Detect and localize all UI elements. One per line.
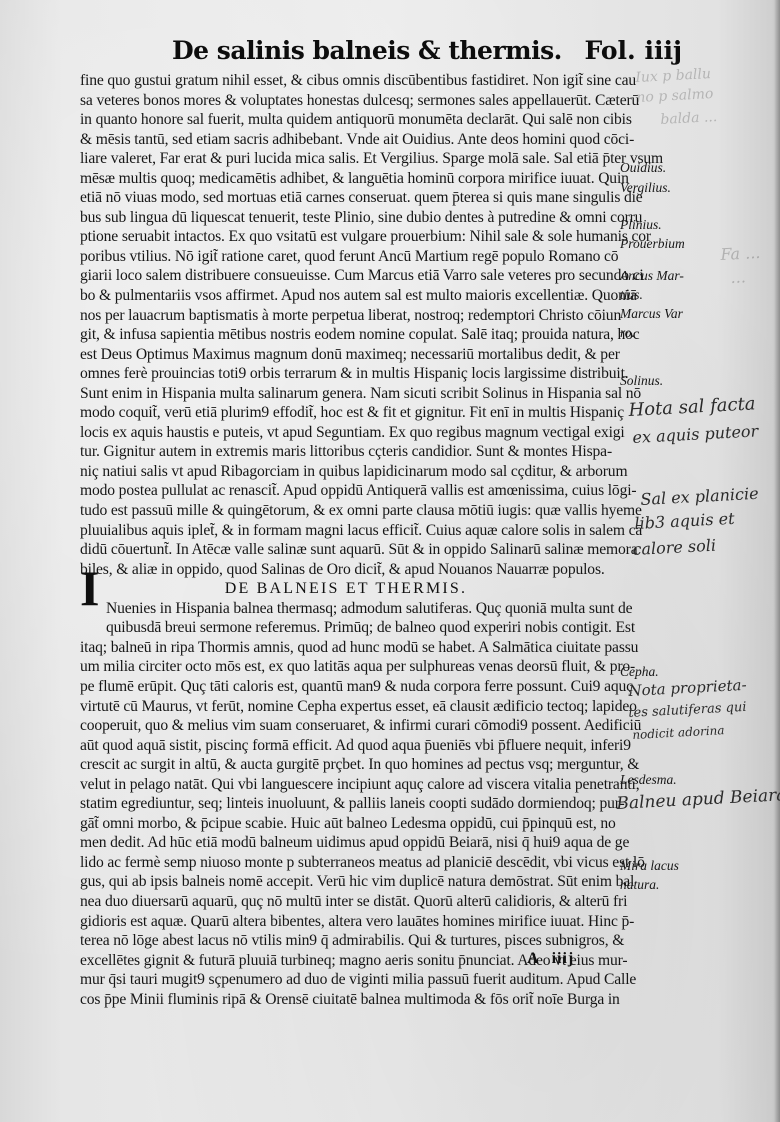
- text-line: git, & infusa sapientia mētibus nostris …: [80, 325, 612, 345]
- text-line: locis ex aquis haustis e puteis, vt apud…: [80, 423, 612, 443]
- text-line: biles, & aliæ in oppido, quod Salinas de…: [80, 560, 612, 580]
- text-line: nos per lauacrum baptismatis à morte per…: [80, 306, 612, 326]
- drop-cap-initial: I: [80, 566, 99, 610]
- handwritten-annotation: ...: [730, 267, 746, 287]
- text-line: liare valeret, Far erat & puri lucida mi…: [80, 149, 612, 169]
- text-line: Sunt enim in Hispania multa salinarum ge…: [80, 384, 612, 404]
- printed-margin-note: natura.: [620, 875, 659, 894]
- text-line: tudo est passuū mille & quingētorum, & e…: [80, 501, 612, 521]
- page-gutter-shadow: [774, 0, 780, 1122]
- text-line: crescit ac surgit in altū, & aucta gurgi…: [80, 755, 612, 775]
- text-line: um milia circiter octo mōs est, ex quo l…: [80, 657, 612, 677]
- text-line: in quanto honore sal fuerit, multa quide…: [80, 110, 612, 130]
- signature-letter: A: [527, 950, 540, 967]
- text-line: statim egrediuntur, seq; linteis inuoluu…: [80, 794, 612, 814]
- text-line: & mēsis tantū, sed etiam sacris adhibeba…: [80, 130, 612, 150]
- printed-margin-note: Prouerbium: [620, 234, 685, 253]
- text-line: velut in pelago natāt. Qui vbi languesce…: [80, 775, 612, 795]
- printed-margin-note: Ouidius.: [620, 158, 666, 177]
- running-title: De salinis balneis & thermis.: [172, 36, 562, 65]
- handwritten-annotation: Iux p ballu: [635, 66, 711, 86]
- text-line: cooperuit, quo & melius vim suam conseru…: [80, 716, 612, 736]
- handwritten-annotation: calore soli: [632, 536, 716, 559]
- text-line: aūt quod aquā sistit, piscinç formā effi…: [80, 736, 612, 756]
- text-line: mēsæ multis quoq; medicamētis adhibet, &…: [80, 169, 612, 189]
- handwritten-annotation: lib3 aquis et: [634, 509, 735, 533]
- handwritten-annotation: Fa ...: [720, 243, 761, 264]
- text-line: niç natiui salis vt apud Ribagorciam in …: [80, 462, 612, 482]
- handwritten-annotation: Sal ex planicie: [640, 484, 759, 509]
- text-line: bo & pulmentariis vsos affirmet. Apud no…: [80, 286, 612, 306]
- printed-margin-note: Cepha.: [620, 662, 659, 681]
- text-line: bus sub lingua dū liquescat tenuerit, te…: [80, 208, 612, 228]
- section-heading: DE BALNEIS ET THERMIS.: [80, 579, 612, 599]
- text-line: pluuialibus aquis iplet̃, & in formam ma…: [80, 521, 612, 541]
- text-line: gidioris est aquæ. Quarū altera bibentes…: [80, 912, 612, 932]
- handwritten-annotation: nodicit adorina: [632, 723, 725, 742]
- text-line: tur. Gignitur autem in extremis maris li…: [80, 442, 612, 462]
- text-line: mur q̄si tauri mugit9 sçpenumero ad duo …: [80, 970, 612, 990]
- printed-margin-note: Lesdesma.: [620, 770, 677, 789]
- folio-number: Fol. iiij: [585, 36, 683, 65]
- text-line: ptione seruabit intactos. Ex quo vsitatū…: [80, 227, 612, 247]
- book-page: De salinis balneis & thermis. Fol. iiij …: [0, 0, 780, 1122]
- text-line: itaq; balneū in ripa Thormis amnis, quod…: [80, 638, 612, 658]
- handwritten-annotation: balda ...: [660, 109, 718, 128]
- text-line: pe flumē erūpit. Quç tāti caloris est, q…: [80, 677, 612, 697]
- handwritten-annotation: Balneu apud Beiara: [616, 785, 780, 814]
- text-line: omnes ferè prouincias toti9 orbis terrar…: [80, 364, 612, 384]
- handwritten-annotation: no p salmo: [636, 86, 714, 106]
- printed-margin-note: Plinius.: [620, 215, 662, 234]
- text-line: poribus vtilius. Nō igit̃ ratione caret,…: [80, 247, 612, 267]
- text-line: lido ac fermè semp niuoso monte p subter…: [80, 853, 612, 873]
- signature-mark: Aiiij: [527, 950, 574, 968]
- handwritten-annotation: Hota sal facta: [628, 393, 756, 421]
- printed-margin-note: Solinus.: [620, 371, 663, 390]
- main-text-block: fine quo gustui gratum nihil esset, & ci…: [80, 71, 612, 1009]
- text-line: fine quo gustui gratum nihil esset, & ci…: [80, 71, 612, 91]
- text-line: gāt̃ omni morbo, & p̄cipue scabie. Huic …: [80, 814, 612, 834]
- text-line: men dedit. Ad hūc etiā modū balneum uidi…: [80, 833, 612, 853]
- printed-margin-note: Ancus Mar-: [620, 266, 684, 285]
- text-line: gus, qui ab ipsis balneis nomē accepit. …: [80, 872, 612, 892]
- signature-number: iiij: [552, 950, 575, 967]
- text-line: est Deus Optimus Maximus magnum donū max…: [80, 345, 612, 365]
- printed-margin-note: ro.: [620, 323, 635, 342]
- printed-margin-note: tius.: [620, 285, 643, 304]
- text-line: quibusdā breui sermone referemus. Primūq…: [80, 618, 612, 638]
- text-line: nea duo diuersarū aquarū, quç nō multū i…: [80, 892, 612, 912]
- text-line: cos p̄pe Minii fluminis ripā & Orensē ci…: [80, 990, 612, 1010]
- text-line: etiā nō viuas modo, sed mortuas etiā car…: [80, 188, 612, 208]
- text-line: modo postea pullulat ac renascit̃. Apud …: [80, 481, 612, 501]
- handwritten-annotation: ex aquis puteor: [632, 421, 759, 447]
- printed-margin-note: Vergilius.: [620, 178, 671, 197]
- running-head: De salinis balneis & thermis. Fol. iiij: [172, 36, 682, 70]
- text-line: giarii loco salem distribuere consueuiss…: [80, 266, 612, 286]
- printed-margin-note: Mira lacus: [620, 856, 679, 875]
- text-line: terea nō lōge abest lacus nō vtilis min9…: [80, 931, 612, 951]
- text-line: didū cōuertunt̃. In Atēcæ valle salinæ s…: [80, 540, 612, 560]
- handwritten-annotation: tes salutiferas qui: [628, 700, 747, 721]
- printed-margin-note: Marcus Var: [620, 304, 683, 323]
- text-line: sa veteres bonos mores & voluptates hone…: [80, 91, 612, 111]
- text-line: Nuenies in Hispania balnea thermasq; adm…: [80, 599, 612, 619]
- text-line: virtutē cū Maurus, vt ferūt, nomine Ceph…: [80, 697, 612, 717]
- text-line: modo coquit̃, verū etiā plurim9 effodit̃…: [80, 403, 612, 423]
